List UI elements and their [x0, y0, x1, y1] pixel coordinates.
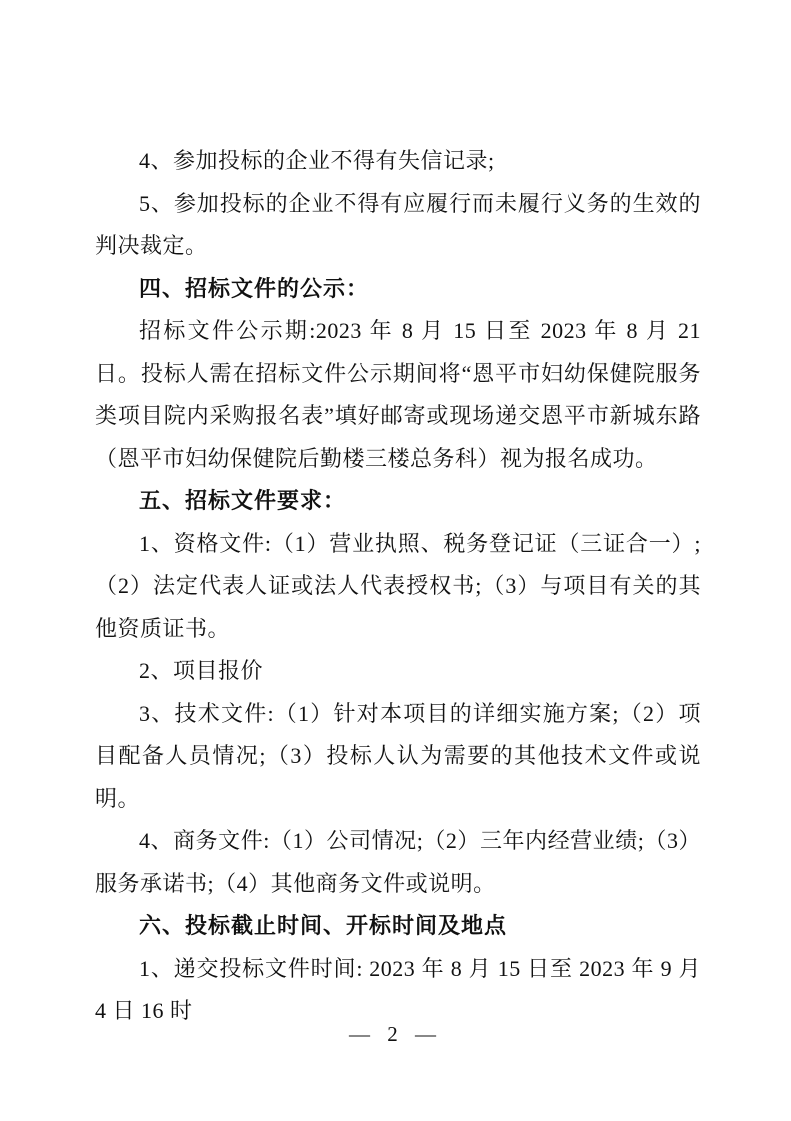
section-6-heading: 六、投标截止时间、开标时间及地点 [95, 905, 701, 948]
paragraph-business-documents: 4、商务文件:（1）公司情况;（2）三年内经营业绩;（3）服务承诺书;（4）其他… [95, 820, 701, 905]
paragraph-technical-documents: 3、技术文件:（1）针对本项目的详细实施方案;（2）项目配备人员情况;（3）投标… [95, 693, 701, 821]
paragraph-public-notice-period: 招标文件公示期:2023 年 8 月 15 日至 2023 年 8 月 21 日… [95, 310, 701, 480]
paragraph-project-quotation: 2、项目报价 [95, 650, 701, 693]
section-5-heading: 五、招标文件要求： [95, 480, 701, 523]
paragraph-bid-submission-time: 1、递交投标文件时间: 2023 年 8 月 15 日至 2023 年 9 月 … [95, 948, 701, 1033]
section-4-heading: 四、招标文件的公示： [95, 268, 701, 311]
clause-item-5: 5、参加投标的企业不得有应履行而未履行义务的生效的判决裁定。 [95, 183, 701, 268]
paragraph-qualification-documents: 1、资格文件:（1）营业执照、税务登记证（三证合一）;（2）法定代表人证或法人代… [95, 523, 701, 651]
clause-item-4: 4、参加投标的企业不得有失信记录; [95, 140, 701, 183]
page-number: — 2 — [0, 1022, 791, 1047]
document-body: 4、参加投标的企业不得有失信记录; 5、参加投标的企业不得有应履行而未履行义务的… [95, 140, 701, 1033]
document-page: 4、参加投标的企业不得有失信记录; 5、参加投标的企业不得有应履行而未履行义务的… [0, 0, 791, 1121]
